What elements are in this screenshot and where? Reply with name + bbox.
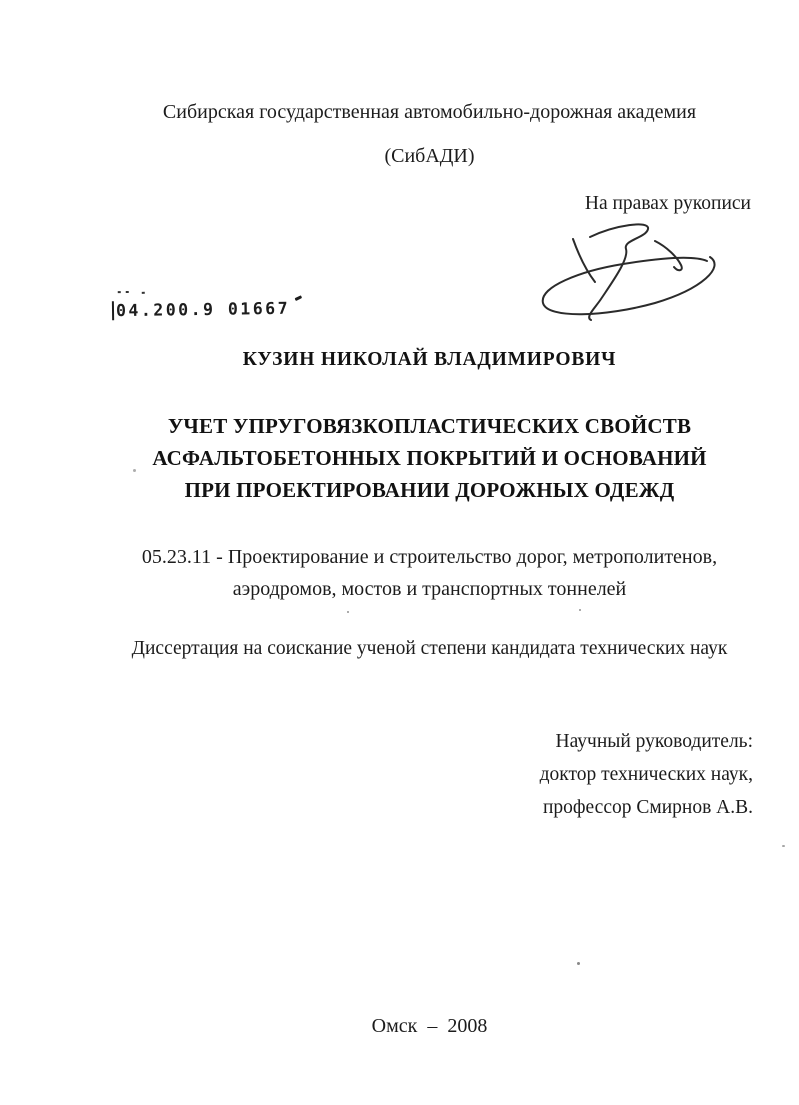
scan-speck [782,845,785,847]
scan-speck [579,609,581,611]
signature [535,219,735,329]
inventory-stamp: 04.200.9 01667 [112,295,290,323]
author-name: КУЗИН НИКОЛАЙ ВЛАДИМИРОВИЧ [60,349,799,371]
stamp-bar [112,301,114,320]
signature-icon [535,219,735,329]
supervisor-name: профессор Смирнов А.В. [543,797,753,819]
dissertation-title-line2: АСФАЛЬТОБЕТОННЫХ ПОКРЫТИЙ И ОСНОВАНИЙ [60,446,799,471]
manuscript-rights-note: На правах рукописи [585,193,751,215]
institution-abbreviation: (СибАДИ) [60,145,799,168]
specialty-code-line2: аэродромов, мостов и транспортных тоннел… [60,578,799,601]
supervisor-degree: доктор технических наук, [540,764,753,786]
stamp-dots [118,291,121,293]
scan-speck [133,469,136,472]
institution-name: Сибирская государственная автомобильно-д… [60,101,799,124]
specialty-code-line1: 05.23.11 - Проектирование и строительств… [60,546,799,569]
stamp-tick [295,295,303,301]
dissertation-title-line1: УЧЕТ УПРУГОВЯЗКОПЛАСТИЧЕСКИХ СВОЙСТВ [60,414,799,439]
supervisor-label: Научный руководитель: [556,731,753,753]
dissertation-title-page: Сибирская государственная автомобильно-д… [0,0,799,1105]
stamp-number: 04.200.9 01667 [116,298,290,319]
city-and-year: Омск – 2008 [60,1015,799,1038]
thesis-statement: Диссертация на соискание ученой степени … [60,638,799,660]
scan-speck [347,611,349,613]
dissertation-title-line3: ПРИ ПРОЕКТИРОВАНИИ ДОРОЖНЫХ ОДЕЖД [60,478,799,503]
scan-speck [577,962,580,965]
